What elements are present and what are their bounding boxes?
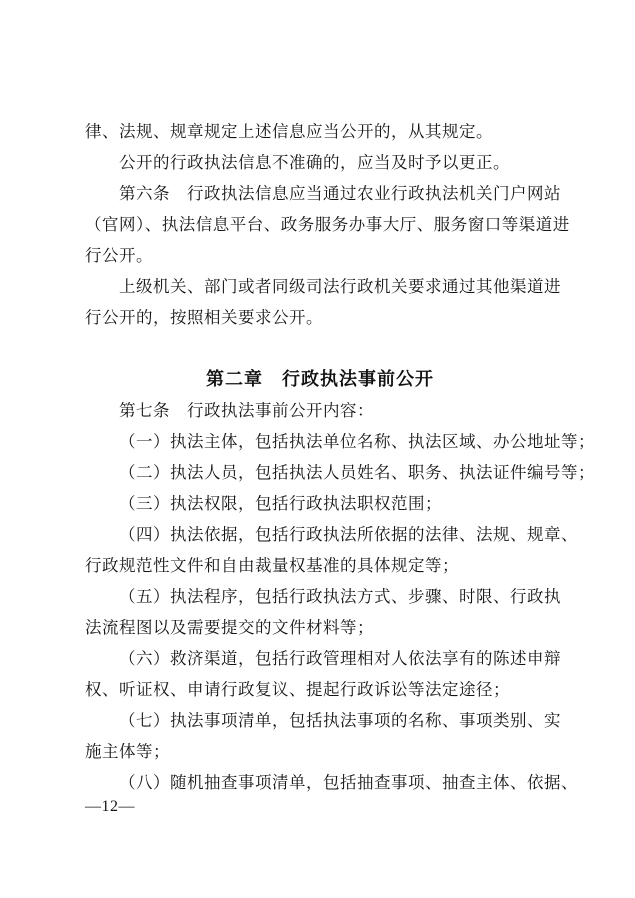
text-line: 行公开的，按照相关要求公开。	[85, 302, 555, 333]
text-line: 施主体等；	[85, 736, 555, 767]
text-line: 权、听证权、申请行政复议、提起行政诉讼等法定途径；	[85, 674, 555, 705]
text-line: （三）执法权限，包括行政执法职权范围；	[85, 488, 555, 519]
text-line: （六）救济渠道，包括行政管理相对人依法享有的陈述申辩	[85, 643, 555, 674]
text-line: 行政规范性文件和自由裁量权基准的具体规定等；	[85, 550, 555, 581]
paragraphs-bottom: 第七条 行政执法事前公开内容：（一）执法主体，包括执法单位名称、执法区域、办公地…	[85, 395, 555, 798]
text-line: （七）执法事项清单，包括执法事项的名称、事项类别、实	[85, 705, 555, 736]
text-line: 上级机关、部门或者同级司法行政机关要求通过其他渠道进	[85, 271, 555, 302]
blank-line	[85, 333, 555, 364]
text-line: （一）执法主体，包括执法单位名称、执法区域、办公地址等；	[85, 426, 555, 457]
text-line: （四）执法依据，包括行政执法所依据的法律、法规、规章、	[85, 519, 555, 550]
page-number: —12—	[85, 796, 135, 818]
text-line: 法流程图以及需要提交的文件材料等；	[85, 612, 555, 643]
text-line: 公开的行政执法信息不准确的，应当及时予以更正。	[85, 147, 555, 178]
document-body: 律、法规、规章规定上述信息应当公开的，从其规定。公开的行政执法信息不准确的，应当…	[85, 116, 555, 798]
text-line: 行公开。	[85, 240, 555, 271]
text-line: 律、法规、规章规定上述信息应当公开的，从其规定。	[85, 116, 555, 147]
text-line: （二）执法人员，包括执法人员姓名、职务、执法证件编号等；	[85, 457, 555, 488]
text-line: （八）随机抽查事项清单，包括抽查事项、抽查主体、依据、	[85, 767, 555, 798]
text-line: 第六条 行政执法信息应当通过农业行政执法机关门户网站	[85, 178, 555, 209]
document-page: 律、法规、规章规定上述信息应当公开的，从其规定。公开的行政执法信息不准确的，应当…	[0, 0, 635, 898]
chapter-heading: 第二章 行政执法事前公开	[85, 364, 555, 395]
text-line: （五）执法程序，包括行政执法方式、步骤、时限、行政执	[85, 581, 555, 612]
text-line: 第七条 行政执法事前公开内容：	[85, 395, 555, 426]
paragraphs-top: 律、法规、规章规定上述信息应当公开的，从其规定。公开的行政执法信息不准确的，应当…	[85, 116, 555, 333]
text-line: （官网）、执法信息平台、政务服务办事大厅、服务窗口等渠道进	[85, 209, 555, 240]
